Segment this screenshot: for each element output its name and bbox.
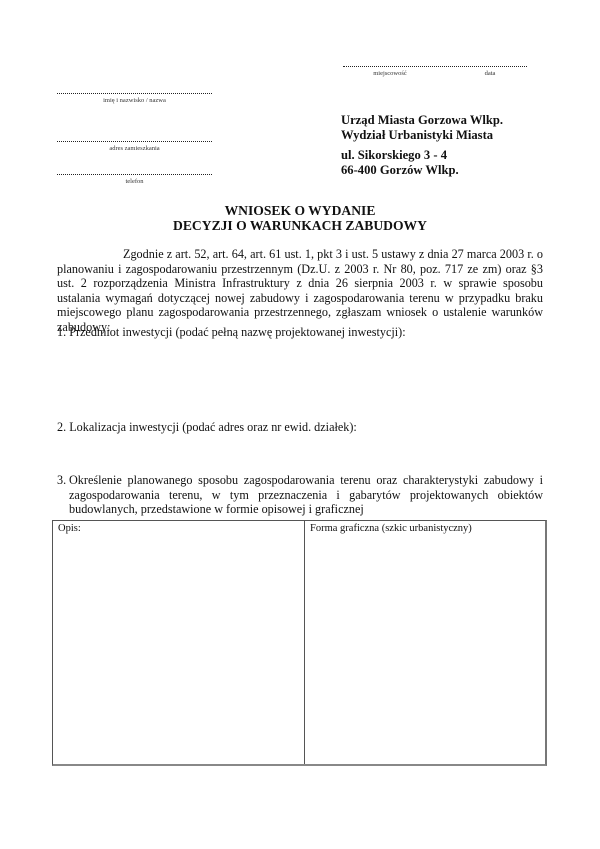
recipient-office-name: Urząd Miasta Gorzowa Wlkp. [341, 113, 503, 128]
sketch-cell[interactable]: Forma graficzna (szkic urbanistyczny) [305, 521, 545, 764]
item-2-number: 2. [57, 420, 66, 434]
applicant-phone-field[interactable] [57, 174, 212, 175]
applicant-address-field[interactable] [57, 141, 212, 142]
item-1-answer-area[interactable] [57, 342, 543, 412]
applicant-name-caption: imię i nazwisko / nazwa [57, 97, 212, 104]
item-1-number: 1. [57, 325, 66, 339]
description-header: Opis: [58, 523, 81, 534]
date-caption: data [475, 70, 505, 77]
item-2-answer-area[interactable] [57, 437, 543, 467]
item-3: 3. Określenie planowanego sposobu zagosp… [57, 473, 543, 517]
item-2-text: Lokalizacja inwestycji (podać adres oraz… [69, 420, 357, 434]
sketch-header: Forma graficzna (szkic urbanistyczny) [310, 523, 472, 534]
applicant-phone-caption: telefon [57, 178, 212, 185]
item-3-text: Określenie planowanego sposobu zagospoda… [69, 473, 543, 517]
recipient-department: Wydział Urbanistyki Miasta [341, 128, 493, 143]
description-table: Opis: Forma graficzna (szkic urbanistycz… [52, 520, 547, 766]
applicant-address-caption: adres zamieszkania [57, 145, 212, 152]
recipient-street: ul. Sikorskiego 3 - 4 [341, 148, 447, 163]
item-3-number: 3. [57, 473, 66, 488]
item-2: 2. Lokalizacja inwestycji (podać adres o… [57, 420, 357, 435]
recipient-city: 66-400 Gorzów Wlkp. [341, 163, 459, 178]
intro-paragraph-text: Zgodnie z art. 52, art. 64, art. 61 ust.… [57, 247, 543, 334]
document-title-line2: DECYZJI O WARUNKACH ZABUDOWY [0, 218, 600, 233]
description-cell[interactable]: Opis: [53, 521, 305, 764]
item-1: 1. Przedmiot inwestycji (podać pełną naz… [57, 325, 406, 340]
item-1-text: Przedmiot inwestycji (podać pełną nazwę … [69, 325, 405, 339]
applicant-name-field[interactable] [57, 93, 212, 94]
place-caption: miejscowość [355, 70, 425, 77]
place-date-field[interactable] [343, 66, 527, 67]
intro-paragraph: Zgodnie z art. 52, art. 64, art. 61 ust.… [57, 247, 543, 335]
document-title-line1: WNIOSEK O WYDANIE [0, 203, 600, 218]
